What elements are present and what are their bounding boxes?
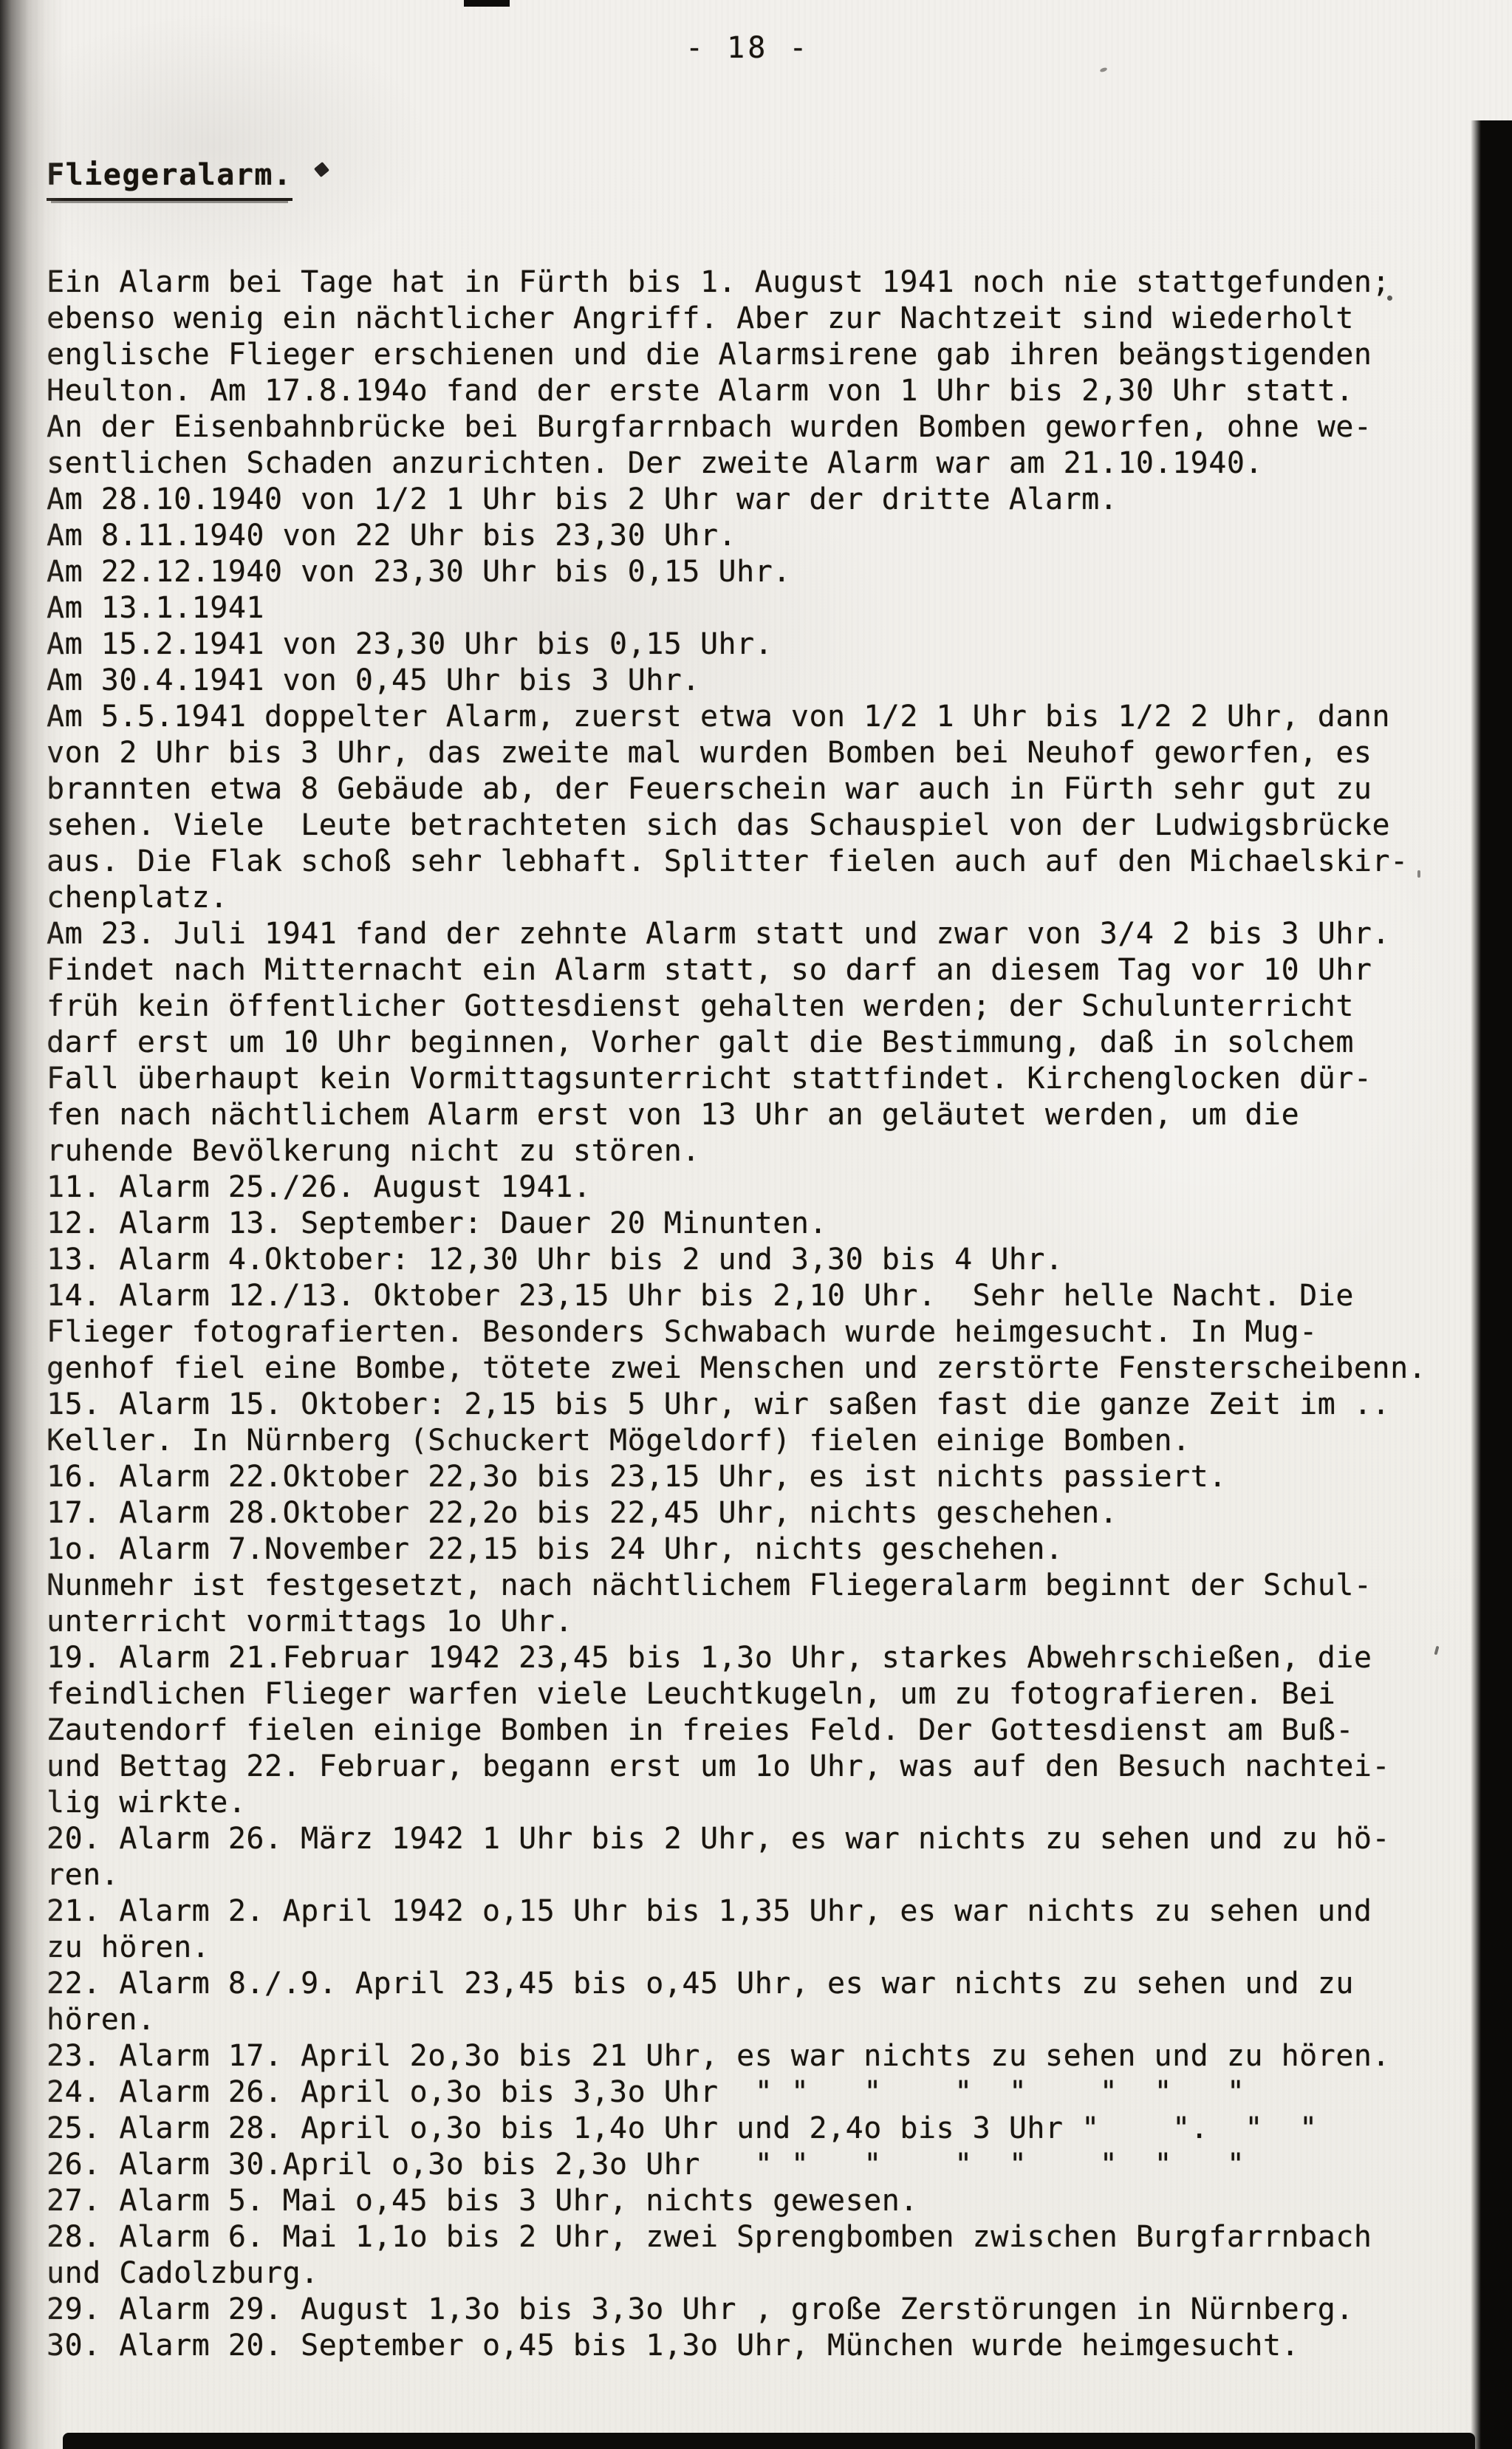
text-line: Am 5.5.1941 doppelter Alarm, zuerst etwa… xyxy=(47,699,1450,735)
text-line: 14. Alarm 12./13. Oktober 23,15 Uhr bis … xyxy=(47,1278,1450,1314)
text-line: und Cadolzburg. xyxy=(47,2255,1450,2292)
text-line: sehen. Viele Leute betrachteten sich das… xyxy=(47,807,1450,844)
text-line: 30. Alarm 20. September o,45 bis 1,3o Uh… xyxy=(47,2328,1450,2364)
text-line: brannten etwa 8 Gebäude ab, der Feuersch… xyxy=(47,771,1450,807)
text-line: Am 22.12.1940 von 23,30 Uhr bis 0,15 Uhr… xyxy=(47,554,1450,590)
text-line: ruhende Bevölkerung nicht zu stören. xyxy=(47,1133,1450,1169)
text-line: genhof fiel eine Bombe, tötete zwei Mens… xyxy=(47,1350,1450,1387)
text-line: ebenso wenig ein nächtlicher Angriff. Ab… xyxy=(47,301,1450,337)
text-line: 29. Alarm 29. August 1,3o bis 3,3o Uhr ,… xyxy=(47,2292,1450,2328)
text-line: Am 15.2.1941 von 23,30 Uhr bis 0,15 Uhr. xyxy=(47,626,1450,663)
scan-bar-bottom xyxy=(63,2433,1475,2449)
text-line: Zautendorf fielen einige Bomben in freie… xyxy=(47,1712,1450,1749)
text-line: Am 8.11.1940 von 22 Uhr bis 23,30 Uhr. xyxy=(47,518,1450,554)
text-line: 23. Alarm 17. April 2o,3o bis 21 Uhr, es… xyxy=(47,2038,1450,2074)
text-line: englische Flieger erschienen und die Ala… xyxy=(47,337,1450,373)
text-line: 27. Alarm 5. Mai o,45 bis 3 Uhr, nichts … xyxy=(47,2183,1450,2219)
text-line: unterricht vormittags 1o Uhr. xyxy=(47,1604,1450,1640)
text-line: sentlichen Schaden anzurichten. Der zwei… xyxy=(47,445,1450,482)
document-body: Ein Alarm bei Tage hat in Fürth bis 1. A… xyxy=(47,264,1450,2364)
scan-speck xyxy=(1387,296,1392,301)
text-line: von 2 Uhr bis 3 Uhr, das zweite mal wurd… xyxy=(47,735,1450,771)
text-line: 21. Alarm 2. April 1942 o,15 Uhr bis 1,3… xyxy=(47,1893,1450,1930)
text-line: Ein Alarm bei Tage hat in Fürth bis 1. A… xyxy=(47,264,1450,301)
scanned-page: { "page": { "number": "- 18 -", "heading… xyxy=(0,0,1512,2449)
text-line: feindlichen Flieger warfen viele Leuchtk… xyxy=(47,1676,1450,1712)
text-line: fen nach nächtlichem Alarm erst von 13 U… xyxy=(47,1097,1450,1133)
scan-speck xyxy=(1417,870,1420,878)
text-line: 24. Alarm 26. April o,3o bis 3,3o Uhr " … xyxy=(47,2074,1450,2111)
text-line: 11. Alarm 25./26. August 1941. xyxy=(47,1169,1450,1206)
text-line: Flieger fotografierten. Besonders Schwab… xyxy=(47,1314,1450,1350)
text-line: Am 23. Juli 1941 fand der zehnte Alarm s… xyxy=(47,916,1450,952)
text-line: 17. Alarm 28.Oktober 22,2o bis 22,45 Uhr… xyxy=(47,1495,1450,1531)
text-line: ren. xyxy=(47,1857,1450,1893)
text-line: Keller. In Nürnberg (Schuckert Mögeldorf… xyxy=(47,1423,1450,1459)
scan-top-dash xyxy=(464,0,510,7)
text-line: Heulton. Am 17.8.194o fand der erste Ala… xyxy=(47,373,1450,409)
text-line: 19. Alarm 21.Februar 1942 23,45 bis 1,3o… xyxy=(47,1640,1450,1676)
text-line: Am 30.4.1941 von 0,45 Uhr bis 3 Uhr. xyxy=(47,663,1450,699)
scan-speck xyxy=(1099,66,1107,72)
text-line: und Bettag 22. Februar, begann erst um 1… xyxy=(47,1749,1450,1785)
text-line: Findet nach Mitternacht ein Alarm statt,… xyxy=(47,952,1450,988)
text-line: 22. Alarm 8./.9. April 23,45 bis o,45 Uh… xyxy=(47,1966,1450,2002)
text-line: 13. Alarm 4.Oktober: 12,30 Uhr bis 2 und… xyxy=(47,1242,1450,1278)
text-line: 15. Alarm 15. Oktober: 2,15 bis 5 Uhr, w… xyxy=(47,1387,1450,1423)
scan-bar-right xyxy=(1471,120,1512,2449)
document-heading: Fliegeralarm. xyxy=(47,158,293,201)
text-line: früh kein öffentlicher Gottesdienst geha… xyxy=(47,988,1450,1025)
text-line: An der Eisenbahnbrücke bei Burgfarrnbach… xyxy=(47,409,1450,445)
ink-speck xyxy=(314,162,329,177)
text-line: 25. Alarm 28. April o,3o bis 1,4o Uhr un… xyxy=(47,2111,1450,2147)
text-line: aus. Die Flak schoß sehr lebhaft. Splitt… xyxy=(47,844,1450,880)
text-line: darf erst um 10 Uhr beginnen, Vorher gal… xyxy=(47,1025,1450,1061)
text-line: 12. Alarm 13. September: Dauer 20 Minunt… xyxy=(47,1206,1450,1242)
text-line: Nunmehr ist festgesetzt, nach nächtliche… xyxy=(47,1568,1450,1604)
text-line: hören. xyxy=(47,2002,1450,2038)
text-line: zu hören. xyxy=(47,1930,1450,1966)
text-line: 20. Alarm 26. März 1942 1 Uhr bis 2 Uhr,… xyxy=(47,1821,1450,1857)
text-line: 26. Alarm 30.April o,3o bis 2,3o Uhr " "… xyxy=(47,2147,1450,2183)
text-line: 28. Alarm 6. Mai 1,1o bis 2 Uhr, zwei Sp… xyxy=(47,2219,1450,2255)
text-line: chenplatz. xyxy=(47,880,1450,916)
scan-edge-left-shadow xyxy=(0,0,65,2449)
text-line: lig wirkte. xyxy=(47,1785,1450,1821)
text-line: 16. Alarm 22.Oktober 22,3o bis 23,15 Uhr… xyxy=(47,1459,1450,1495)
text-line: 1o. Alarm 7.November 22,15 bis 24 Uhr, n… xyxy=(47,1531,1450,1568)
text-line: Fall überhaupt kein Vormittagsunterricht… xyxy=(47,1061,1450,1097)
text-line: Am 13.1.1941 xyxy=(47,590,1450,626)
text-line: Am 28.10.1940 von 1/2 1 Uhr bis 2 Uhr wa… xyxy=(47,482,1450,518)
page-number: - 18 - xyxy=(685,31,810,65)
